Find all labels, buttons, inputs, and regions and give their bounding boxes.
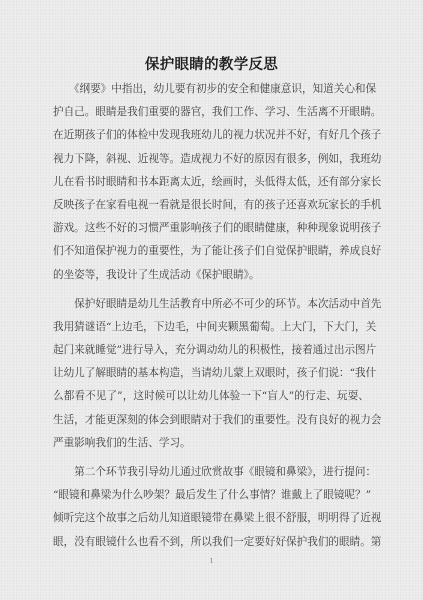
- text-line: 严重影响我们的生活、学习。: [53, 432, 369, 455]
- page-number: 1: [0, 558, 423, 565]
- text-line: 让幼儿了解眼睛的基本构造，当请幼儿蒙上双眼时，孩子们说：“我什: [53, 362, 369, 385]
- text-line: 们不知道保护视力的重要性，为了能让孩子们自觉保护眼睛，养成良好: [53, 240, 369, 263]
- text-line: 儿在看书时眼睛和书本距离太近，绘画时，头低得太低，还有部分家长: [53, 171, 369, 194]
- text-line: 《纲要》中指出，幼儿要有初步的安全和健康意识，知道关心和保: [53, 78, 369, 101]
- text-line: 游戏。这些不好的习惯严重影响孩子们的眼睛健康，种种现象说明孩子: [53, 217, 369, 240]
- text-line: 反映孩子在家看电视一看就是很长时间，有的孩子还喜欢玩家长的手机: [53, 194, 369, 217]
- text-line: 么都看不见了”，这时候可以让幼儿体验一下“盲人”的行走、玩耍、: [53, 385, 369, 408]
- text-line: 倾听完这个故事之后幼儿知道眼镜带在鼻梁上很不舒服，明明得了近视: [53, 507, 369, 530]
- text-line: 护自己。眼睛是我们重要的器官，我们工作、学习、生活离不开眼睛。: [53, 101, 369, 124]
- document-title: 保护眼睛的教学反思: [0, 53, 423, 74]
- paragraph-1: 《纲要》中指出，幼儿要有初步的安全和健康意识，知道关心和保 护自己。眼睛是我们重…: [53, 78, 369, 287]
- text-line: 生活，才能更深刻的体会到眼睛对于我们的重要性。没有良好的视力会: [53, 409, 369, 432]
- text-line: 起门来就睡觉”进行导入，充分调动幼儿的积极性，接着通过出示图片: [53, 339, 369, 362]
- text-line: 视力下降，斜视、近视等。造成视力不好的原因有很多，例如，我班幼: [53, 148, 369, 171]
- text-line: 的坐姿等，我设计了生成活动《保护眼睛》。: [53, 264, 369, 287]
- text-line: 眼，没有眼镜什么也看不到，所以我们一定要好好保护我们的眼睛。第: [53, 531, 369, 554]
- text-line: 第二个环节我引导幼儿通过欣赏故事《眼镜和鼻梁》，进行提问：: [53, 461, 369, 484]
- text-line: 在近期孩子们的体检中发现我班幼儿的视力状况并不好，有好几个孩子: [53, 124, 369, 147]
- text-line: 我用猜谜语“上边毛，下边毛，中间夹颗黑葡萄。上大门，下大门，关: [53, 316, 369, 339]
- document-body: 《纲要》中指出，幼儿要有初步的安全和健康意识，知道关心和保 护自己。眼睛是我们重…: [53, 78, 369, 554]
- paragraph-3: 第二个环节我引导幼儿通过欣赏故事《眼镜和鼻梁》，进行提问： “眼镜和鼻梁为什么吵…: [53, 461, 369, 554]
- paragraph-2: 保护好眼睛是幼儿生活教育中所必不可少的环节。本次活动中首先 我用猜谜语“上边毛，…: [53, 293, 369, 455]
- text-line: 保护好眼睛是幼儿生活教育中所必不可少的环节。本次活动中首先: [53, 293, 369, 316]
- document-page: 保护眼睛的教学反思 《纲要》中指出，幼儿要有初步的安全和健康意识，知道关心和保 …: [0, 0, 423, 600]
- text-line: “眼镜和鼻梁为什么吵架？最后发生了什么事情？谁戴上了眼镜呢？”: [53, 484, 369, 507]
